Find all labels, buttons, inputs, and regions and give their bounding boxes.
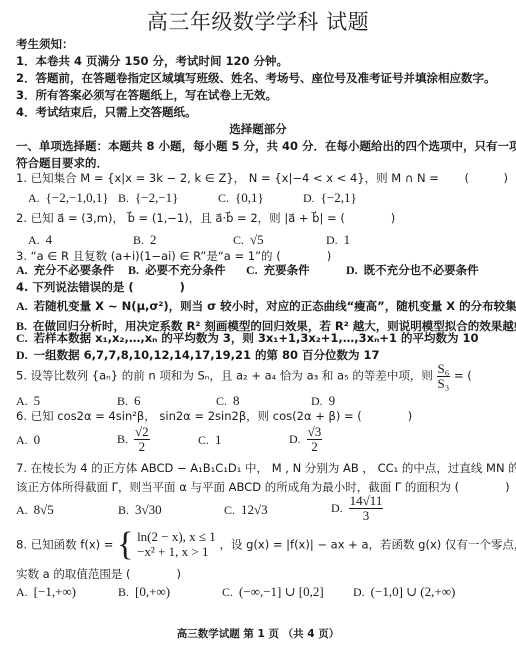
q5-option-a: A.5	[16, 393, 40, 409]
question-7-line1: 7. 在棱长为 4 的正方体 ABCD − A₁B₁C₁D₁ 中， M , N …	[16, 460, 516, 476]
question-8-line1: 8. 已知函数 f(x) = { ln(2 − x), x ≤ 1−x² + 1…	[16, 528, 516, 562]
q1-option-c: C.{0,1}	[218, 190, 264, 206]
answer-blank: ( )	[340, 211, 395, 225]
answer-blank: ( )	[128, 280, 185, 294]
question-2: 2. 已知 a⃗ = (3,m)， b⃗ = (1,−1)，且 a⃗·b⃗ = …	[16, 210, 395, 226]
question-stem: 实数 a 的取值范围是	[16, 567, 122, 581]
q5-option-d: D.9	[311, 393, 335, 409]
question-number: 6.	[16, 409, 27, 423]
q8-option-a: A.[−1,+∞)	[16, 584, 76, 600]
question-7-line2: 该正方体所得截面 Γ，则当平面 α 与平面 ABCD 的所成角为最小时，截面 Γ…	[16, 479, 510, 495]
question-number: 5.	[16, 369, 27, 383]
section-instructions-line2: 符合题目要求的．	[16, 155, 108, 171]
question-stem: 设等比数列 {aₙ} 的前 n 项和为 Sₙ，且 a₂ + a₄ 恰为 a₃ 和…	[31, 369, 433, 383]
answer-blank: ( )	[465, 171, 508, 185]
q7-option-a: A.8√5	[16, 502, 54, 518]
answer-blank: ( )	[357, 409, 412, 423]
answer-blank: ( )	[276, 249, 331, 263]
notice-item-1: 1．本卷共 4 页满分 150 分，考试时间 120 分钟。	[16, 53, 288, 69]
notice-item-2: 2．答题前，在答题卷指定区域填写班级、姓名、考场号、座位号及准考证号并填涂相应数…	[16, 70, 496, 86]
question-8-line2: 实数 a 的取值范围是 ( )	[16, 566, 181, 582]
question-number: 1.	[16, 171, 27, 185]
fraction: S₆S₃	[437, 362, 451, 390]
q1-option-b: B.{−2,−1}	[118, 190, 178, 206]
question-stem: ，设 g(x) = |f(x)| − ax + a，若函数 g(x) 仅有一个零…	[219, 538, 516, 552]
q2-option-a: A.4	[28, 232, 52, 248]
section-instructions-line1: 一、单项选择题：本题共 8 小题，每小题 5 分，共 40 分．在每小题给出的四…	[16, 138, 516, 154]
question-number: 3.	[16, 249, 27, 263]
q2-option-c: C.√5	[233, 232, 264, 248]
question-number: 7.	[16, 461, 27, 475]
q5-option-c: C.8	[216, 393, 240, 409]
notice-heading: 考生须知：	[16, 36, 74, 52]
q6-option-a: A.0	[16, 432, 40, 448]
question-number: 8.	[16, 538, 27, 552]
question-number: 2.	[16, 211, 27, 225]
answer-blank: ( )	[455, 480, 510, 494]
question-stem: 在棱长为 4 的正方体 ABCD − A₁B₁C₁D₁ 中， M , N 分别为…	[31, 461, 516, 475]
page-title: 高三年级数学学科 试题	[0, 6, 516, 36]
q2-option-d: D.1	[326, 232, 350, 248]
question-stem: 该正方体所得截面 Γ，则当平面 α 与平面 ABCD 的所成角为最小时，截面 Γ…	[16, 480, 451, 494]
piecewise-function: ln(2 − x), x ≤ 1−x² + 1, x > 1	[137, 530, 216, 560]
notice-item-3: 3．所有答案必须写在答题纸上，写在试卷上无效。	[16, 87, 277, 103]
q7-option-d: D.14√113	[331, 494, 383, 522]
q1-option-d: D.{−2,1}	[303, 190, 357, 206]
q2-option-b: B.2	[133, 232, 157, 248]
answer-blank: ( )	[126, 567, 181, 581]
q7-option-c: C.12√3	[224, 502, 268, 518]
q8-option-c: C.(−∞,−1] ∪ [0,2]	[222, 584, 324, 600]
q4-option-a: A.若随机变量 X ~ N(μ,σ²)，则当 σ 较小时，对应的正态曲线“瘦高”…	[16, 298, 516, 314]
q3-option-d: D.既不充分也不必要条件	[346, 262, 479, 278]
question-stem: 已知 a⃗ = (3,m)， b⃗ = (1,−1)，且 a⃗·b⃗ = 2，则…	[31, 211, 337, 225]
q3-option-b: B.必要不充分条件	[128, 262, 226, 278]
q1-option-a: A.{−2,−1,0,1}	[28, 190, 109, 206]
question-4: 4. 下列说法错误的是 ( )	[16, 279, 185, 295]
question-stem: 已知集合 M = {x|x = 3k − 2, k ∈ Z}， N = {x|−…	[31, 171, 439, 185]
question-number: 4.	[16, 280, 28, 294]
q7-option-b: B.3√30	[118, 502, 162, 518]
notice-item-4: 4．考试结束后，只需上交答题纸。	[16, 104, 197, 120]
section-title: 选择题部分	[0, 121, 516, 137]
q8-option-b: B.[0,+∞)	[118, 584, 170, 600]
question-stem: 已知 cos2α = 4sin²β， sin2α = 2sin2β，则 cos(…	[31, 409, 354, 423]
question-stem: 下列说法错误的是	[32, 280, 124, 294]
q6-option-c: C.1	[198, 432, 222, 448]
q3-option-a: A.充分不必要条件	[16, 262, 114, 278]
q4-option-c: C.若样本数据 x₁,x₂,…,xₙ 的平均数为 3，则 3x₁+1,3x₂+1…	[16, 330, 478, 346]
left-brace-icon: {	[117, 526, 133, 563]
question-5: 5. 设等比数列 {aₙ} 的前 n 项和为 Sₙ，且 a₂ + a₄ 恰为 a…	[16, 362, 516, 390]
q6-option-b: B.√22	[117, 425, 150, 453]
q8-option-d: D.(−1,0] ∪ (2,+∞)	[353, 584, 455, 600]
q4-option-d: D.一组数据 6,7,7,8,10,12,14,17,19,21 的第 80 百…	[16, 347, 380, 363]
question-1: 1. 已知集合 M = {x|x = 3k − 2, k ∈ Z}， N = {…	[16, 170, 508, 186]
page-footer: 高三数学试题 第 1 页 （共 4 页）	[0, 626, 516, 641]
question-stem: “a ∈ R 且复数 (a+i)(1−ai) ∈ R”是“a = 1”的	[31, 249, 273, 263]
q3-option-c: C.充要条件	[246, 262, 310, 278]
question-6: 6. 已知 cos2α = 4sin²β， sin2α = 2sin2β，则 c…	[16, 408, 412, 424]
question-stem: 已知函数 f(x) =	[31, 538, 114, 552]
q5-option-b: B.6	[117, 393, 141, 409]
answer-blank: = ( )	[454, 369, 516, 383]
q6-option-d: D.√32	[289, 425, 322, 453]
